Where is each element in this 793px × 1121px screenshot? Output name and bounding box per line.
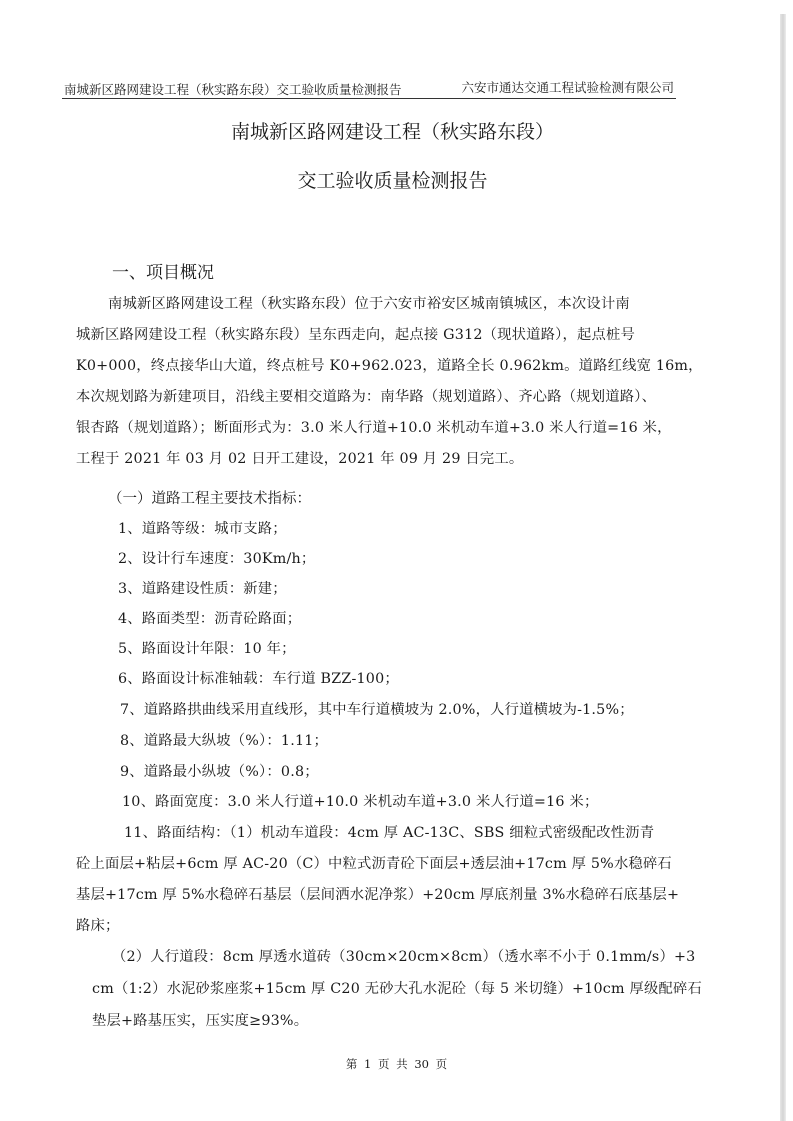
header-divider (62, 98, 676, 99)
header-company-name: 六安市通达交通工程试验检测有限公司 (461, 78, 674, 96)
indicator-item: 1、道路等级：城市支路； (118, 518, 287, 538)
indicator-item: 4、路面类型：沥青砼路面； (118, 608, 301, 628)
header-report-title: 南城新区路网建设工程（秋实路东段）交工验收质量检测报告 (64, 80, 402, 98)
page-number: 第 1 页 共 30 页 (0, 1056, 793, 1072)
indicator-item: 10、路面宽度：3.0 米人行道+10.0 米机动车道+3.0 米人行道=16 … (122, 791, 598, 811)
indicator-item: 6、路面设计标准轴载：车行道 BZZ-100； (118, 668, 399, 688)
overview-line: 工程于 2021 年 03 月 02 日开工建设，2021 年 09 月 29 … (76, 448, 523, 468)
indicator-item: 2、设计行车速度：30Km/h； (118, 548, 315, 568)
page-header: 南城新区路网建设工程（秋实路东段）交工验收质量检测报告 六安市通达交通工程试验检… (62, 78, 674, 98)
overview-line: 城新区路网建设工程（秋实路东段）呈东西走向，起点接 G312（现状道路），起点桩… (76, 324, 635, 344)
sidewalk-structure-line: 垫层+路基压实，压实度≥93%。 (92, 1010, 308, 1030)
overview-line: 本次规划路为新建项目，沿线主要相交道路为：南华路（规划道路）、齐心路（规划道路）… (76, 386, 656, 406)
indicator-item: 3、道路建设性质：新建； (118, 578, 287, 598)
overview-line: 银杏路（规划道路）；断面形式为：3.0 米人行道+10.0 米机动车道+3.0 … (76, 417, 672, 437)
indicator-item: 9、道路最小纵坡（%）：0.8； (120, 761, 319, 781)
pavement-structure-line: 基层+17cm 厚 5%水稳碎石基层（层间洒水泥净浆）+20cm 厚底剂量 3%… (76, 884, 679, 904)
document-title-line2: 交工验收质量检测报告 (0, 166, 789, 193)
pavement-structure-line: 砼上面层+粘层+6cm 厚 AC-20（C）中粒式沥青砼下面层+透层油+17cm… (76, 853, 672, 873)
indicator-item: 5、路面设计年限：10 年； (118, 638, 296, 658)
pavement-structure-line: 11、路面结构：（1）机动车道段：4cm 厚 AC-13C、SBS 细粒式密级配… (124, 822, 654, 842)
sidewalk-structure-line: cm（1:2）水泥砂浆座浆+15cm 厚 C20 无砂大孔水泥砼（每 5 米切缝… (92, 978, 702, 998)
indicator-item: 7、道路路拱曲线采用直线形，其中车行道横坡为 2.0%，人行道横坡为-1.5%； (120, 699, 634, 719)
indicator-item: 8、道路最大纵坡（%）：1.11； (120, 730, 328, 750)
document-title-line1: 南城新区路网建设工程（秋实路东段） (0, 117, 789, 144)
sidewalk-structure-line: （2）人行道段：8cm 厚透水道砖（30cm×20cm×8cm）（透水率不小于 … (112, 946, 695, 966)
subsection-heading-technical-indicators: （一）道路工程主要技术指标： (108, 487, 311, 508)
section-heading-project-overview: 一、项目概况 (112, 258, 214, 283)
overview-line: K0+000，终点接华山大道，终点桩号 K0+962.023，道路全长 0.96… (76, 355, 703, 375)
pavement-structure-line: 路床； (76, 915, 120, 935)
overview-line: 南城新区路网建设工程（秋实路东段）位于六安市裕安区城南镇城区，本次设计南 (108, 293, 630, 313)
